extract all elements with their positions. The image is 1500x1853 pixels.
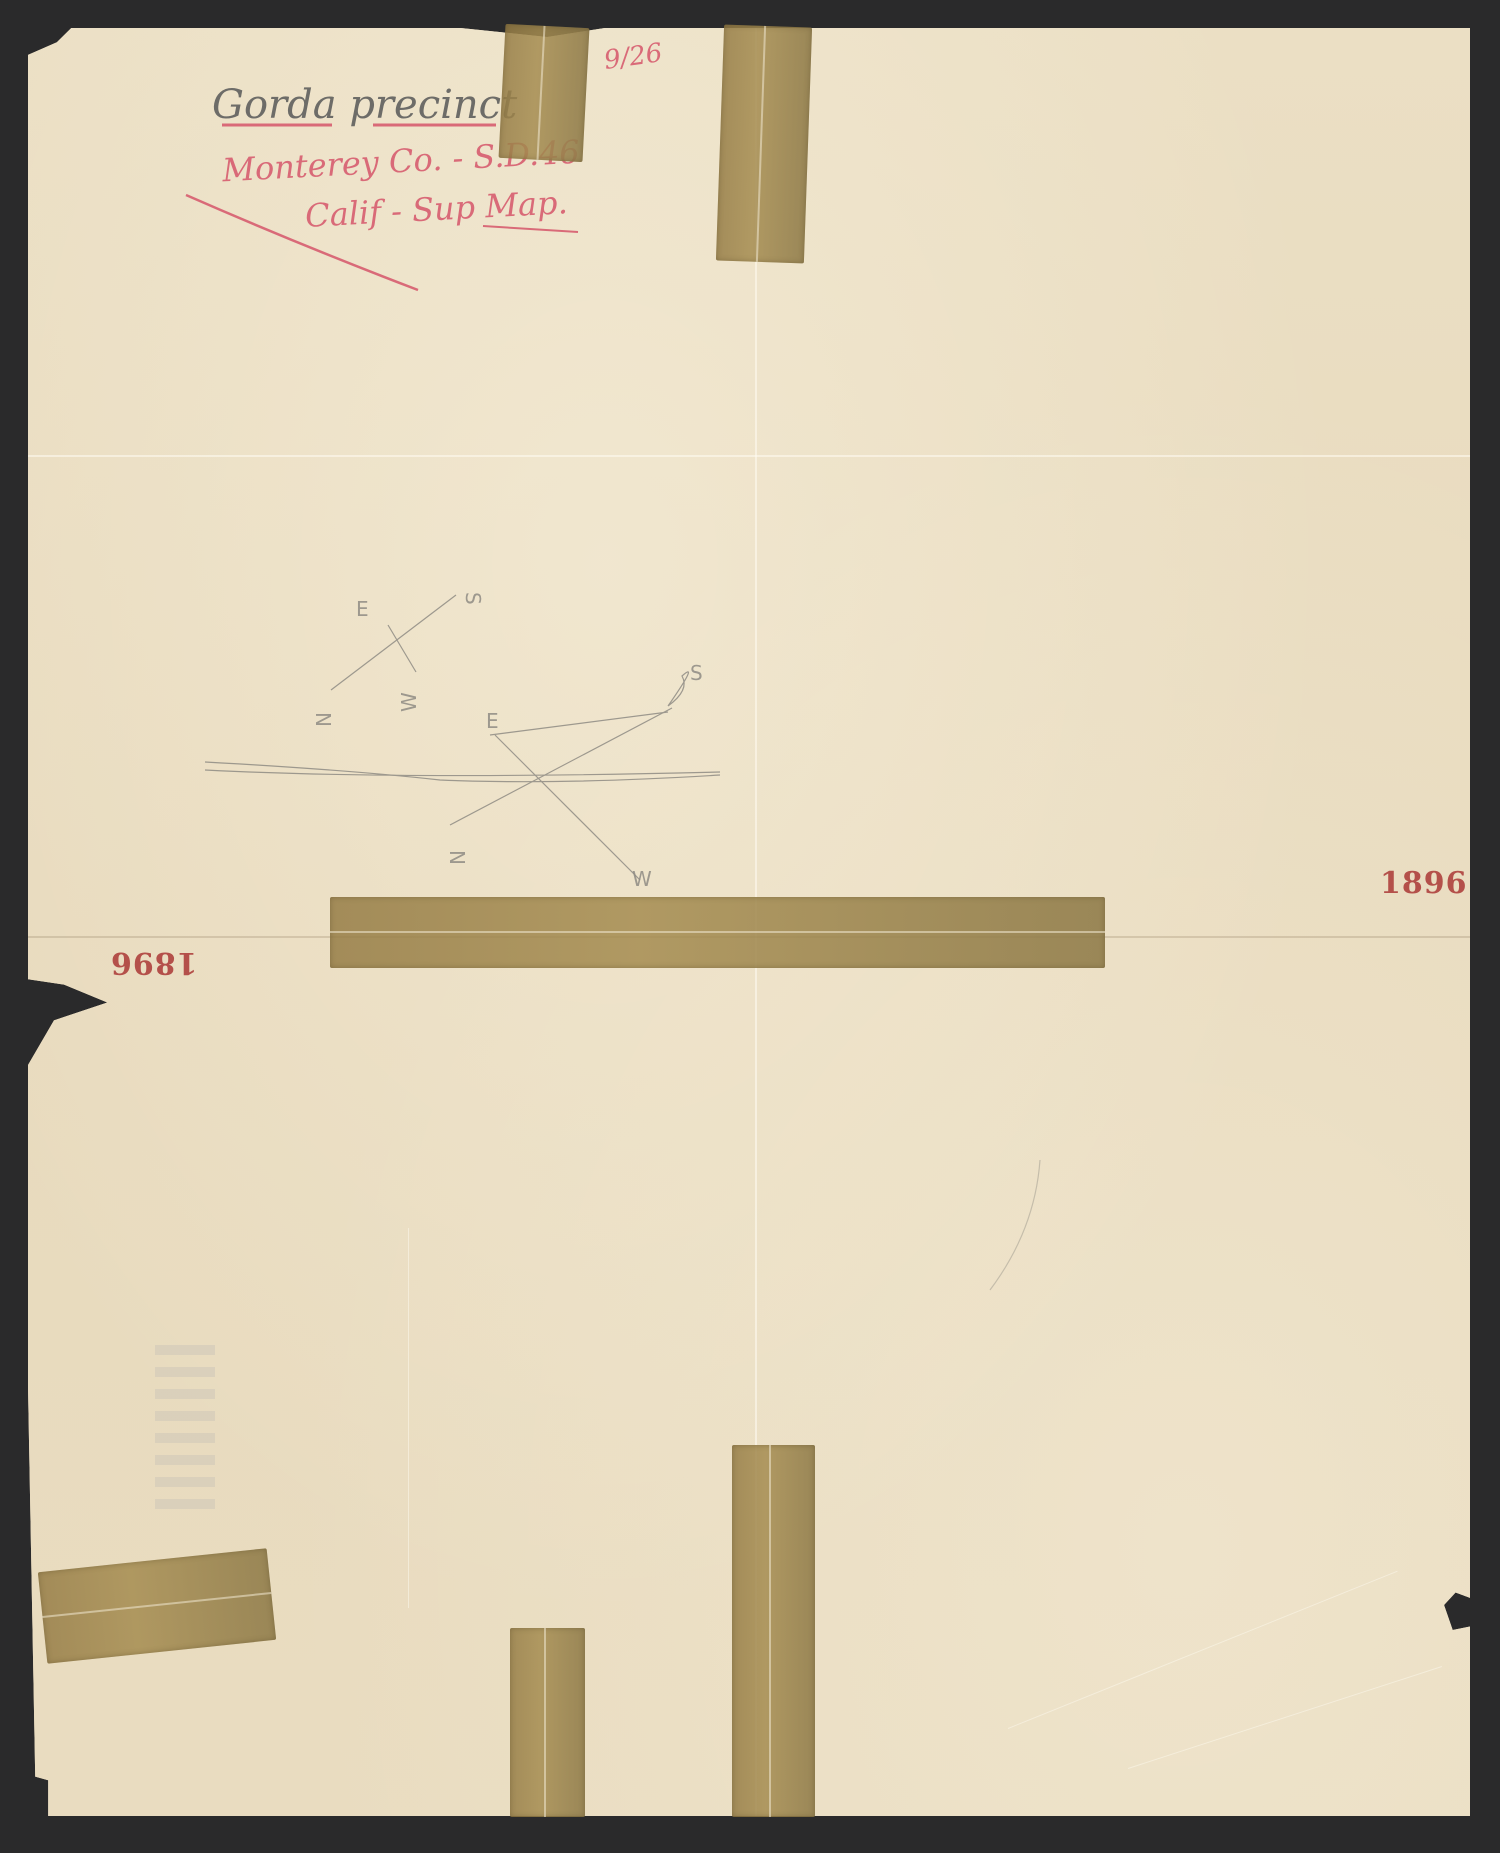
tape-top-right <box>716 25 812 264</box>
bleed-through-text <box>155 1345 215 1515</box>
tape-top-left <box>499 24 590 162</box>
compass-2-label-s: S <box>690 661 703 685</box>
tape-bottom-left <box>510 1628 585 1817</box>
compass-2-label-e: E <box>486 709 499 733</box>
compass-1-label-e: E <box>356 597 369 621</box>
compass-2-label-n: N <box>445 850 469 865</box>
compass-1-label-w: W <box>397 692 421 712</box>
compass-2-label-w: W <box>632 867 652 891</box>
tape-horizontal-center <box>330 897 1105 968</box>
tape-bottom-right <box>732 1445 815 1817</box>
compass-1-label-n: N <box>311 712 335 727</box>
compass-1-label-s: S <box>461 592 485 605</box>
